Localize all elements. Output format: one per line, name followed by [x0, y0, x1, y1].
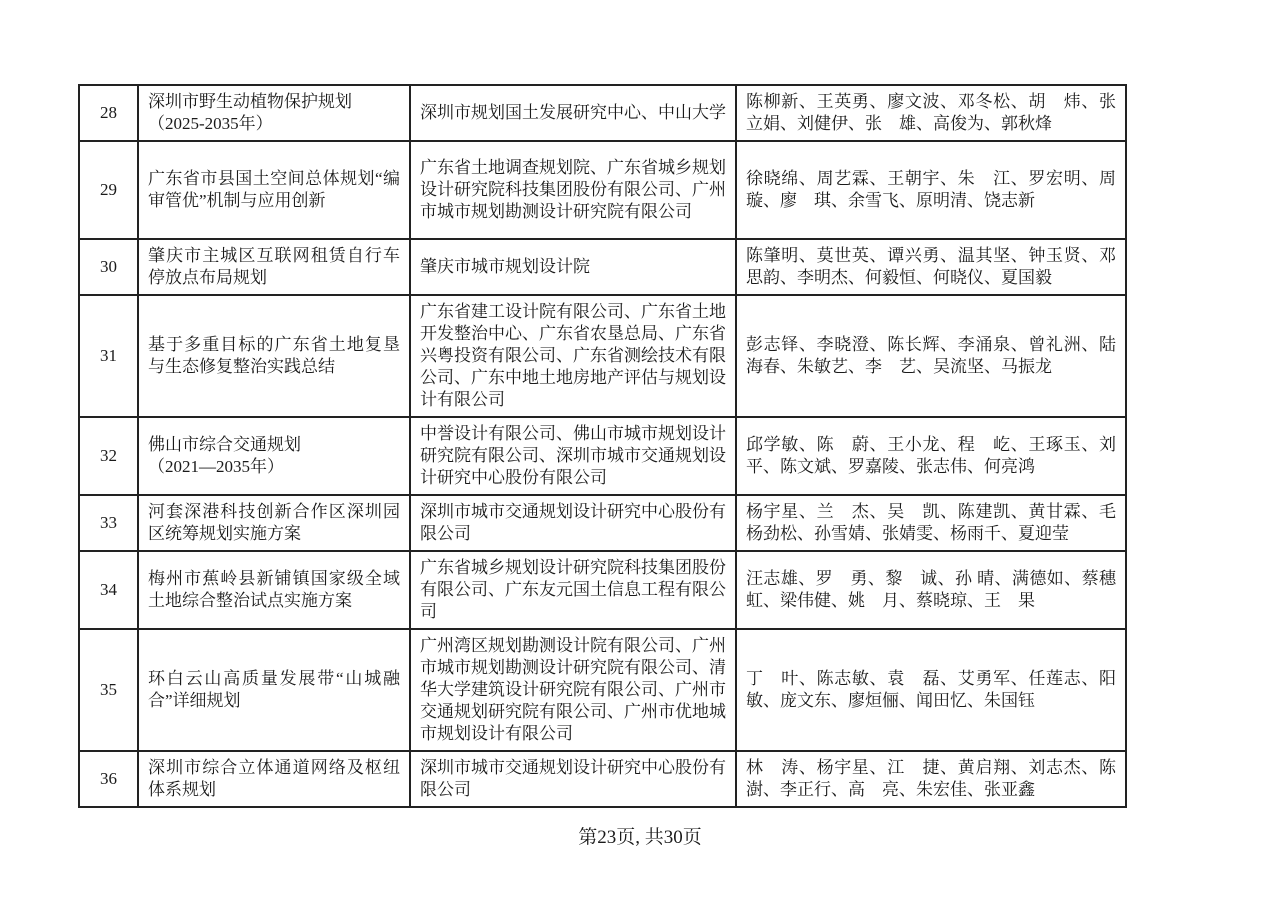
table-row: 32 佛山市综合交通规划 （2021—2035年） 中誉设计有限公司、佛山市城市… — [79, 417, 1126, 495]
organization: 广东省土地调查规划院、广东省城乡规划设计研究院科技集团股份有限公司、广州市城市规… — [410, 141, 736, 239]
row-number: 29 — [79, 141, 138, 239]
organization: 深圳市城市交通规划设计研究中心股份有限公司 — [410, 495, 736, 551]
project-name: 肇庆市主城区互联网租赁自行车停放点布局规划 — [138, 239, 410, 295]
table-row: 31 基于多重目标的广东省土地复垦与生态修复整治实践总结 广东省建工设计院有限公… — [79, 295, 1126, 417]
awardee-names: 杨宇星、兰 杰、吴 凯、陈建凯、黄甘霖、毛杨劲松、孙雪婧、张婧雯、杨雨千、夏迎莹 — [736, 495, 1126, 551]
row-number: 28 — [79, 85, 138, 141]
awards-table: 28 深圳市野生动植物保护规划 （2025-2035年） 深圳市规划国土发展研究… — [78, 84, 1127, 808]
awardee-names: 汪志雄、罗 勇、黎 诚、孙 晴、满德如、蔡穗虹、梁伟健、姚 月、蔡晓琼、王 果 — [736, 551, 1126, 629]
table-row: 28 深圳市野生动植物保护规划 （2025-2035年） 深圳市规划国土发展研究… — [79, 85, 1126, 141]
organization: 广州湾区规划勘测设计院有限公司、广州市城市规划勘测设计研究院有限公司、清华大学建… — [410, 629, 736, 751]
awardee-names: 陈肇明、莫世英、谭兴勇、温其坚、钟玉贤、邓思韵、李明杰、何毅恒、何晓仪、夏国毅 — [736, 239, 1126, 295]
project-name: 佛山市综合交通规划 （2021—2035年） — [138, 417, 410, 495]
project-name: 环白云山高质量发展带“山城融合”详细规划 — [138, 629, 410, 751]
row-number: 30 — [79, 239, 138, 295]
organization: 肇庆市城市规划设计院 — [410, 239, 736, 295]
row-number: 32 — [79, 417, 138, 495]
table-row: 36 深圳市综合立体通道网络及枢纽体系规划 深圳市城市交通规划设计研究中心股份有… — [79, 751, 1126, 807]
awardee-names: 彭志铎、李晓澄、陈长辉、李涌泉、曾礼洲、陆海春、朱敏艺、李 艺、吴流坚、马振龙 — [736, 295, 1126, 417]
table-row: 29 广东省市县国土空间总体规划“编审管优”机制与应用创新 广东省土地调查规划院… — [79, 141, 1126, 239]
row-number: 33 — [79, 495, 138, 551]
table-row: 34 梅州市蕉岭县新铺镇国家级全域土地综合整治试点实施方案 广东省城乡规划设计研… — [79, 551, 1126, 629]
row-number: 31 — [79, 295, 138, 417]
awardee-names: 邱学敏、陈 蔚、王小龙、程 屹、王琢玉、刘平、陈文斌、罗嘉陵、张志伟、何亮鸿 — [736, 417, 1126, 495]
document-page: 28 深圳市野生动植物保护规划 （2025-2035年） 深圳市规划国土发展研究… — [0, 0, 1280, 905]
awardee-names: 徐晓绵、周艺霖、王朝宇、朱 江、罗宏明、周璇、廖 琪、余雪飞、原明清、饶志新 — [736, 141, 1126, 239]
row-number: 35 — [79, 629, 138, 751]
organization: 广东省建工设计院有限公司、广东省土地开发整治中心、广东省农垦总局、广东省兴粤投资… — [410, 295, 736, 417]
project-name: 深圳市野生动植物保护规划 （2025-2035年） — [138, 85, 410, 141]
organization: 深圳市城市交通规划设计研究中心股份有限公司 — [410, 751, 736, 807]
project-name: 河套深港科技创新合作区深圳园区统筹规划实施方案 — [138, 495, 410, 551]
row-number: 34 — [79, 551, 138, 629]
project-name: 基于多重目标的广东省土地复垦与生态修复整治实践总结 — [138, 295, 410, 417]
table-row: 35 环白云山高质量发展带“山城融合”详细规划 广州湾区规划勘测设计院有限公司、… — [79, 629, 1126, 751]
awardee-names: 丁 叶、陈志敏、袁 磊、艾勇军、任莲志、阳敏、庞文东、廖烜俪、闻田忆、朱国钰 — [736, 629, 1126, 751]
project-name: 广东省市县国土空间总体规划“编审管优”机制与应用创新 — [138, 141, 410, 239]
awardee-names: 林 涛、杨宇星、江 捷、黄启翔、刘志杰、陈澍、李正行、高 亮、朱宏佳、张亚鑫 — [736, 751, 1126, 807]
organization: 中誉设计有限公司、佛山市城市规划设计研究院有限公司、深圳市城市交通规划设计研究中… — [410, 417, 736, 495]
row-number: 36 — [79, 751, 138, 807]
organization: 广东省城乡规划设计研究院科技集团股份有限公司、广东友元国土信息工程有限公司 — [410, 551, 736, 629]
awardee-names: 陈柳新、王英勇、廖文波、邓冬松、胡 炜、张立娟、刘健伊、张 雄、高俊为、郭秋烽 — [736, 85, 1126, 141]
page-indicator: 第23页, 共30页 — [0, 822, 1280, 849]
organization: 深圳市规划国土发展研究中心、中山大学 — [410, 85, 736, 141]
table-row: 33 河套深港科技创新合作区深圳园区统筹规划实施方案 深圳市城市交通规划设计研究… — [79, 495, 1126, 551]
project-name: 梅州市蕉岭县新铺镇国家级全域土地综合整治试点实施方案 — [138, 551, 410, 629]
project-name: 深圳市综合立体通道网络及枢纽体系规划 — [138, 751, 410, 807]
table-row: 30 肇庆市主城区互联网租赁自行车停放点布局规划 肇庆市城市规划设计院 陈肇明、… — [79, 239, 1126, 295]
